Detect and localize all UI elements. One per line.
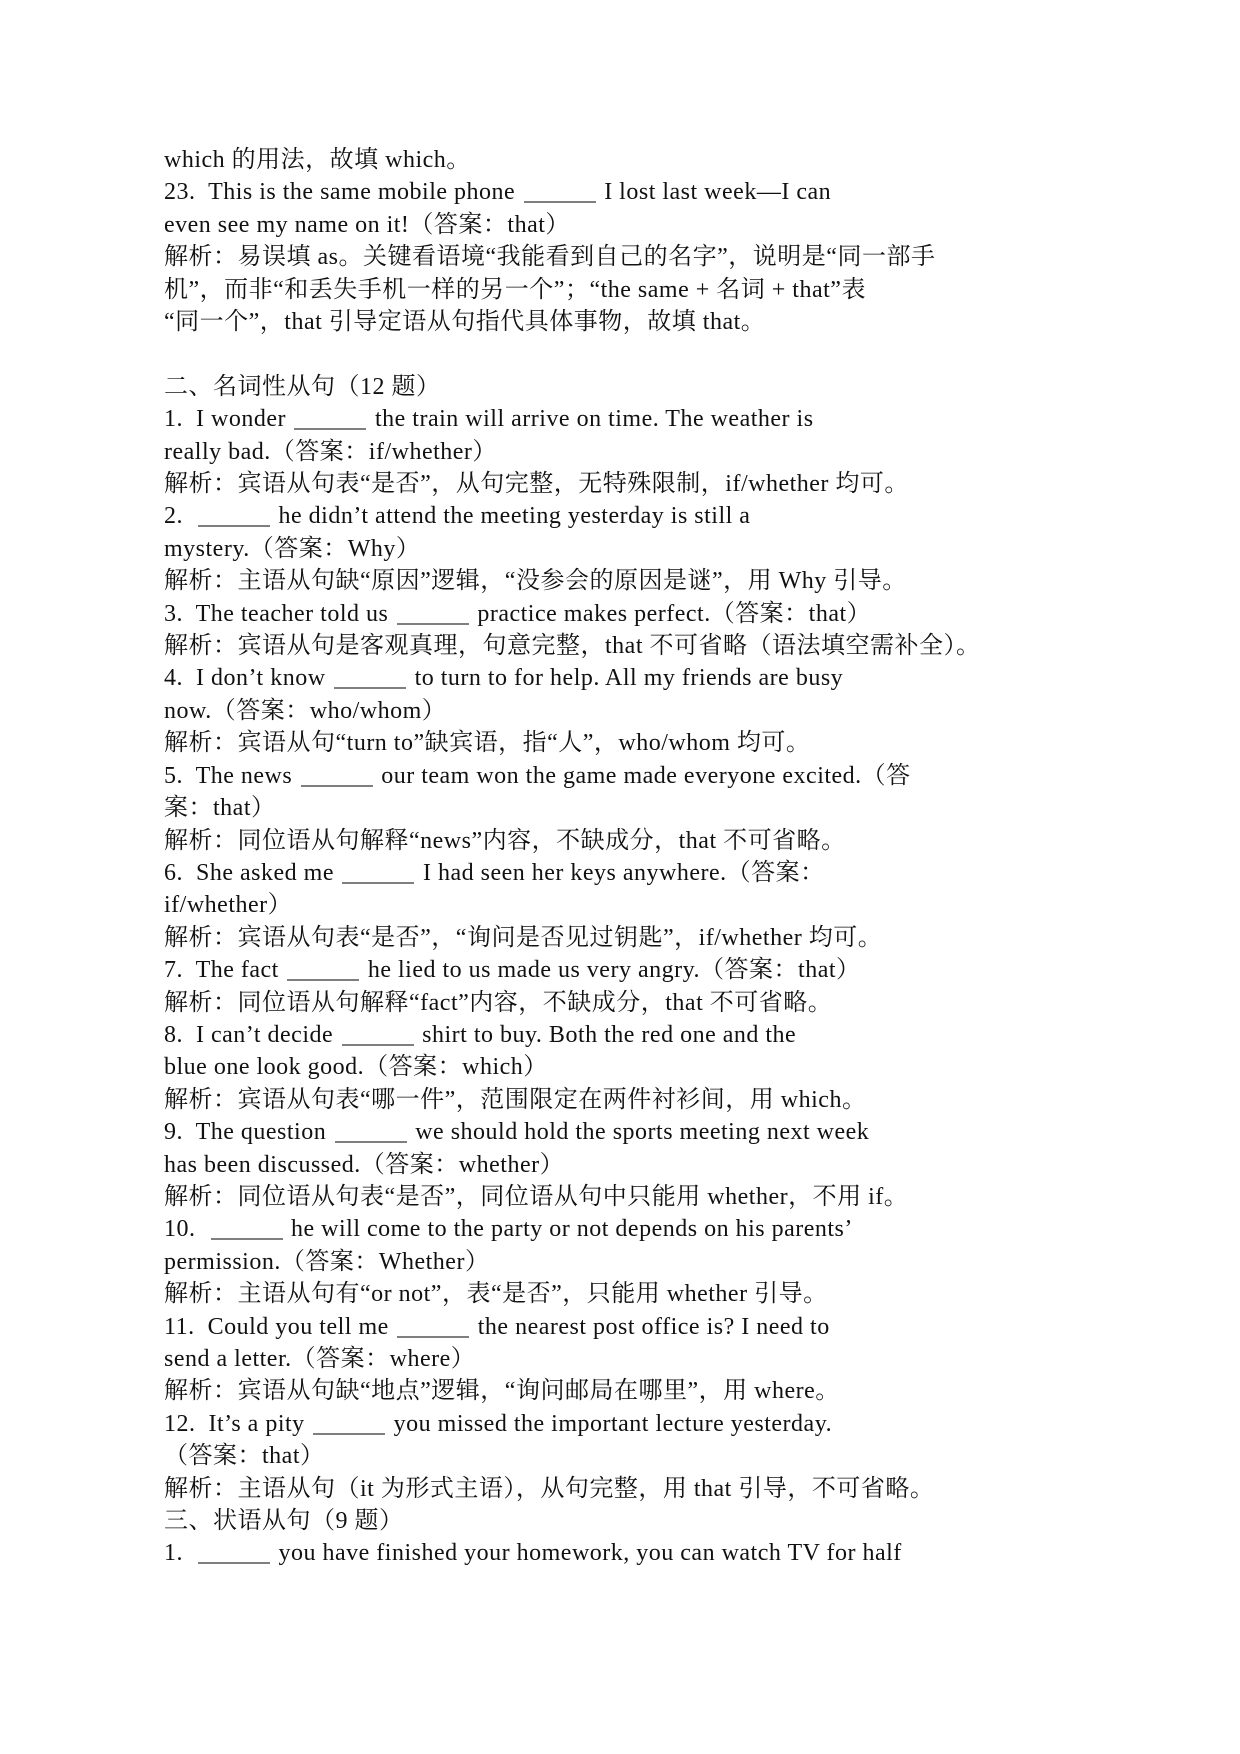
text-line: has been discussed.（答案：whether） [164,1149,1110,1181]
text-line: 1. you have finished your homework, you … [164,1537,1110,1569]
text-line: 解析：同位语从句表“是否”，同位语从句中只能用 whether，不用 if。 [164,1181,1110,1213]
fill-in-blank-line [287,959,359,981]
text-line: now.（答案：who/whom） [164,695,1110,727]
text-line: 解析：宾语从句表“是否”，从句完整，无特殊限制，if/whether 均可。 [164,468,1110,500]
text-line: “同一个”，that 引导定语从句指代具体事物，故填 that。 [164,306,1110,338]
text-line: （答案：that） [164,1440,1110,1472]
text-line: 解析：主语从句有“or not”，表“是否”，只能用 whether 引导。 [164,1278,1110,1310]
text-line: if/whether） [164,889,1110,921]
text-line: 23. This is the same mobile phone I lost… [164,176,1110,208]
empty-line [164,338,1110,370]
text-line: mystery.（答案：Why） [164,533,1110,565]
text-line: 解析：同位语从句解释“news”内容，不缺成分，that 不可省略。 [164,825,1110,857]
text-line: 解析：宾语从句“turn to”缺宾语，指“人”，who/whom 均可。 [164,727,1110,759]
text-line: even see my name on it!（答案：that） [164,209,1110,241]
text-line: 7. The fact he lied to us made us very a… [164,954,1110,986]
text-line: send a letter.（答案：where） [164,1343,1110,1375]
fill-in-blank-line [397,603,469,625]
section-heading: 二、名词性从句（12 题） [164,371,1110,403]
text-line: 4. I don’t know to turn to for help. All… [164,662,1110,694]
text-line: 12. It’s a pity you missed the important… [164,1408,1110,1440]
text-line: 解析：同位语从句解释“fact”内容，不缺成分，that 不可省略。 [164,987,1110,1019]
fill-in-blank-line [342,862,414,884]
text-line: 8. I can’t decide shirt to buy. Both the… [164,1019,1110,1051]
text-line: 3. The teacher told us practice makes pe… [164,598,1110,630]
text-line: 9. The question we should hold the sport… [164,1116,1110,1148]
text-line: 解析：宾语从句缺“地点”逻辑，“询问邮局在哪里”，用 where。 [164,1375,1110,1407]
fill-in-blank-line [313,1413,385,1435]
text-line: 5. The news our team won the game made e… [164,760,1110,792]
section-heading: 三、状语从句（9 题） [164,1505,1110,1537]
text-line: 2. he didn’t attend the meeting yesterda… [164,500,1110,532]
fill-in-blank-line [334,667,406,689]
text-line: 解析：宾语从句表“哪一件”，范围限定在两件衬衫间，用 which。 [164,1084,1110,1116]
text-line: 解析：易误填 as。关键看语境“我能看到自己的名字”，说明是“同一部手 [164,241,1110,273]
text-line: 6. She asked me I had seen her keys anyw… [164,857,1110,889]
document-page: which 的用法，故填 which。23. This is the same … [0,0,1240,1754]
text-line: 解析：宾语从句是客观真理，句意完整，that 不可省略（语法填空需补全）。 [164,630,1110,662]
fill-in-blank-line [335,1121,407,1143]
fill-in-blank-line [342,1024,414,1046]
fill-in-blank-line [294,408,366,430]
fill-in-blank-line [301,765,373,787]
fill-in-blank-line [198,1542,270,1564]
document-text: which 的用法，故填 which。23. This is the same … [164,144,1110,1570]
text-line: 解析：宾语从句表“是否”，“询问是否见过钥匙”，if/whether 均可。 [164,922,1110,954]
text-line: which 的用法，故填 which。 [164,144,1110,176]
text-line: 案：that） [164,792,1110,824]
text-line: blue one look good.（答案：which） [164,1051,1110,1083]
text-line: 解析：主语从句（it 为形式主语），从句完整，用 that 引导，不可省略。 [164,1473,1110,1505]
fill-in-blank-line [211,1218,283,1240]
text-line: 解析：主语从句缺“原因”逻辑，“没参会的原因是谜”，用 Why 引导。 [164,565,1110,597]
text-line: really bad.（答案：if/whether） [164,436,1110,468]
text-line: permission.（答案：Whether） [164,1246,1110,1278]
fill-in-blank-line [397,1316,469,1338]
text-line: 11. Could you tell me the nearest post o… [164,1311,1110,1343]
text-line: 机”，而非“和丢失手机一样的另一个”；“the same + 名词 + that… [164,274,1110,306]
fill-in-blank-line [198,505,270,527]
text-line: 10. he will come to the party or not dep… [164,1213,1110,1245]
text-line: 1. I wonder the train will arrive on tim… [164,403,1110,435]
fill-in-blank-line [524,181,596,203]
